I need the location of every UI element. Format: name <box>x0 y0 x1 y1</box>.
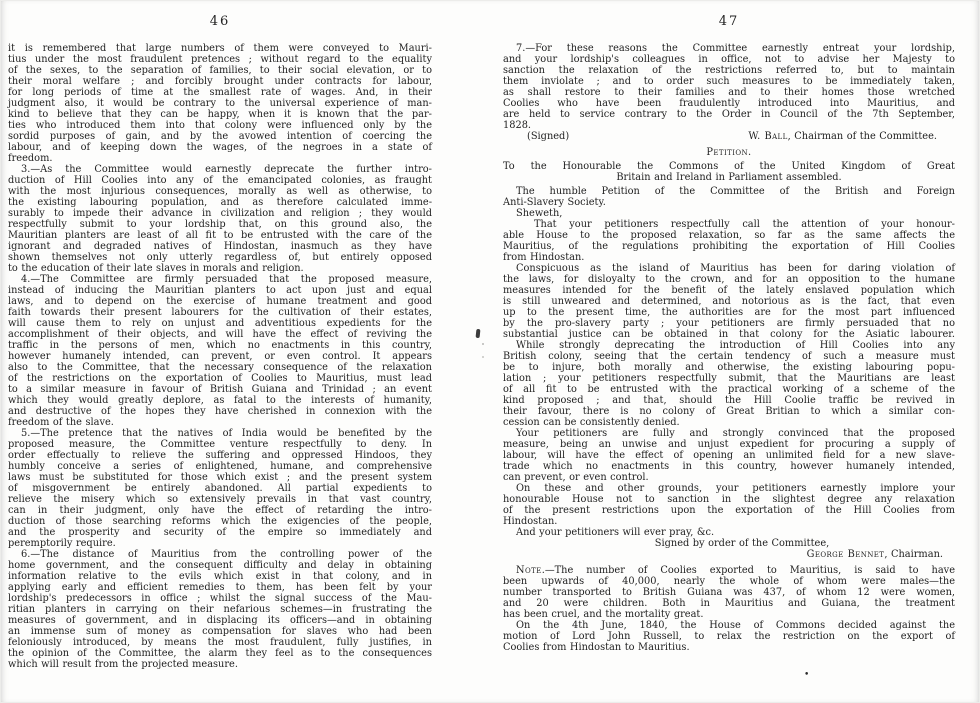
text-line: measures of government, and in displacin… <box>8 615 432 626</box>
text-line: ties who introduced them into that colon… <box>8 120 432 131</box>
text-line: shown themselves not only utterly regard… <box>8 252 432 263</box>
text-line: the laws, for disloyalty to the crown, a… <box>503 274 955 285</box>
text-line: Your petitioners are fully and strongly … <box>503 428 955 439</box>
text-line: and 20 were children. Both in Mauritius … <box>503 598 955 609</box>
text-line: the opinion of the Committee, the alarm … <box>8 648 432 659</box>
text-line: freedom. <box>8 153 432 164</box>
text-line: 7.—For these reasons the Committee earne… <box>503 43 955 54</box>
text-line: faith towards their present labourers fo… <box>8 307 432 318</box>
text-line: labour, will have the effect of opening … <box>503 450 955 461</box>
text-line: to a similar measure in favour of Britis… <box>8 384 432 395</box>
text-line: 6.—The distance of Mauritius from the co… <box>8 549 432 560</box>
text-line: Anti-Slavery Society. <box>503 197 955 208</box>
text-line: their moral welfare ; and forcibly broug… <box>8 76 432 87</box>
text-line: as shall restore to their families and t… <box>503 87 955 98</box>
text-line: Signed by order of the Committee, <box>503 538 955 549</box>
text-line: sordid purposes of gain, and by the avow… <box>8 131 432 142</box>
text-line: duction of those searching reforms which… <box>8 516 432 527</box>
text-line: home government, and the consequent diff… <box>8 560 432 571</box>
book-spread: 46 it is remembered that large numbers o… <box>0 0 980 703</box>
text-line: judgment also, it would be contrary to t… <box>8 98 432 109</box>
text-line: able House to the proposed relaxation, s… <box>503 230 955 241</box>
text-line: George Bennet, Chairman. <box>503 549 955 560</box>
text-line: peremptorily require. <box>8 538 432 549</box>
page-46: 46 it is remembered that large numbers o… <box>0 0 490 703</box>
text-line: the existing labouring population, and a… <box>8 197 432 208</box>
text-line: also to the Committee, that the necessar… <box>8 362 432 373</box>
text-line: of the sexes, to the separation of famil… <box>8 65 432 76</box>
text-line: kind proposed ; and that, should the Hil… <box>503 395 955 406</box>
ink-speck <box>482 343 484 345</box>
text-line: information relative to the evils which … <box>8 571 432 582</box>
text-line: To the Honourable the Commons of the Uni… <box>503 161 955 172</box>
text-line: British colony, seeing that the certain … <box>503 351 955 362</box>
text-line: and your lordship's colleagues in office… <box>503 54 955 65</box>
text-line: for long periods of time at the smallest… <box>8 87 432 98</box>
text-line: which will result from the projected mea… <box>8 659 432 670</box>
text-line: Sheweth, <box>503 208 955 219</box>
text-line: with the most injurious consequences, mo… <box>8 186 432 197</box>
text-line: is still unweared and determined, and no… <box>503 296 955 307</box>
text-line: will cause them to rely on unjust and ad… <box>8 318 432 329</box>
text-line: and destructive of the hopes they have c… <box>8 406 432 417</box>
text-line: instead of inducing the Mauritian plante… <box>8 285 432 296</box>
text-line: measure, being an unwise and unjust expe… <box>503 439 955 450</box>
text-line: 3.—As the Committee would earnestly depr… <box>8 164 432 175</box>
text-line: proposed measure, the Committee venture … <box>8 439 432 450</box>
text-line: Coolies from Hindostan to Mauritius. <box>503 642 955 653</box>
page-body: 7.—For these reasons the Committee earne… <box>503 43 955 653</box>
ink-speck <box>482 356 484 358</box>
text-line: however humanely intended, can prevent, … <box>8 351 432 362</box>
text-line: motion of Lord John Russell, to relax th… <box>503 631 955 642</box>
text-line: by the pro-slavery party ; your petition… <box>503 318 955 329</box>
text-line: to the education of their late slaves in… <box>8 263 432 274</box>
page-number: 46 <box>8 14 432 29</box>
text-line: tius under the most fraudulent pretences… <box>8 54 432 65</box>
text-line: Coolies who have been fraudulently intro… <box>503 98 955 109</box>
text-line: laws must be substituted for those which… <box>8 472 432 483</box>
text-line: laws, and to depend on the exercise of h… <box>8 296 432 307</box>
text-line: sanction the relaxation of the restricti… <box>503 65 955 76</box>
text-line: That your petitioners respectfully call … <box>503 219 955 230</box>
text-line: lordship's predecessors in office ; whil… <box>8 593 432 604</box>
text-line: them inviolate ; and to order such measu… <box>503 76 955 87</box>
text-line: 4.—The Committee are firmly persuaded th… <box>8 274 432 285</box>
text-line: (Signed)W. Ball, Chairman of the Committ… <box>503 131 955 142</box>
page-47: 47 7.—For these reasons the Committee ea… <box>490 0 980 703</box>
text-line: On these and other grounds, your petitio… <box>503 483 955 494</box>
text-line: measures intended for the benefit of the… <box>503 285 955 296</box>
text-line: labour, and of keeping down the wages, o… <box>8 142 432 153</box>
text-line: it is remembered that large numbers of t… <box>8 43 432 54</box>
text-line: order effectually to relieve the sufferi… <box>8 450 432 461</box>
text-line: ignorant and degraded natives of Hindost… <box>8 241 432 252</box>
text-line: substantial justice can be obtained in t… <box>503 329 955 340</box>
text-line: traffic in the persons of men, which no … <box>8 340 432 351</box>
text-line: kind to believe that they can be happy, … <box>8 109 432 120</box>
text-line: 5.—The pretence that the natives of Indi… <box>8 428 432 439</box>
text-line: of the present restrictions upon the exp… <box>503 505 955 516</box>
text-line: relieve the misery which so extensively … <box>8 494 432 505</box>
text-line: an immense sum of money as compensation … <box>8 626 432 637</box>
text-line: are held to service contrary to the Orde… <box>503 109 955 120</box>
text-line: 1828. <box>503 120 955 131</box>
text-line: can prevent, or even control. <box>503 472 955 483</box>
text-line: and the prosperity and security of the e… <box>8 527 432 538</box>
text-line: be to injure, both morally and otherwise… <box>503 362 955 373</box>
text-line: has been cruel, and the mortality great. <box>503 609 955 620</box>
text-line: Hindostan. <box>503 516 955 527</box>
text-line: Conspicuous as the island of Mauritius h… <box>503 263 955 274</box>
text-line: accomplishment of their objects, and wil… <box>8 329 432 340</box>
text-line: feloniously introduced, by means the mos… <box>8 637 432 648</box>
text-line: of the restrictions on the exportation o… <box>8 373 432 384</box>
text-line: humbly conceive a series of enlightened,… <box>8 461 432 472</box>
text-line: Petition. <box>503 147 955 158</box>
text-line: ritian planters in carrying on their nef… <box>8 604 432 615</box>
text-line: Mauritius, of the regulations prohibitin… <box>503 241 955 252</box>
text-line: their favour, there is no colony of Grea… <box>503 406 955 417</box>
text-line: respectfully submit to your lordship tha… <box>8 219 432 230</box>
text-line: duction of Hill Coolies into any of the … <box>8 175 432 186</box>
text-line: Mauritian planters are least of all fit … <box>8 230 432 241</box>
text-line: And your petitioners will ever pray, &c. <box>503 527 955 538</box>
page-number: 47 <box>503 14 955 29</box>
text-line: Note.—The number of Coolies exported to … <box>503 565 955 576</box>
text-line: On the 4th June, 1840, the House of Comm… <box>503 620 955 631</box>
text-line: of misgovernment be entirely abandoned. … <box>8 483 432 494</box>
text-line: been upwards of 40,000, nearly the whole… <box>503 576 955 587</box>
text-line: The humble Petition of the Committee of … <box>503 186 955 197</box>
end-mark: • <box>804 670 809 680</box>
text-line: from Hindostan. <box>503 252 955 263</box>
text-line: up to the present time, the authorities … <box>503 307 955 318</box>
text-line: number transported to British Guiana was… <box>503 587 955 598</box>
text-line: honourable House not to sanction in the … <box>503 494 955 505</box>
text-line: surably to impede their advance in civil… <box>8 208 432 219</box>
text-line: of all fit to be entrusted with the prac… <box>503 384 955 395</box>
page-body: it is remembered that large numbers of t… <box>8 43 432 670</box>
text-line: trade which no enactments in this countr… <box>503 461 955 472</box>
text-line: lation ; your petitioners respectfully s… <box>503 373 955 384</box>
text-line: freedom of the slave. <box>8 417 432 428</box>
text-line: cession can be consistently denied. <box>503 417 955 428</box>
text-line: which they would greatly deplore, as fat… <box>8 395 432 406</box>
text-line: can in their judgment, only have the eff… <box>8 505 432 516</box>
text-line: applying early and efficient remedies to… <box>8 582 432 593</box>
text-line: While strongly deprecating the introduct… <box>503 340 955 351</box>
text-line: Britain and Ireland in Parliament assemb… <box>503 172 955 183</box>
